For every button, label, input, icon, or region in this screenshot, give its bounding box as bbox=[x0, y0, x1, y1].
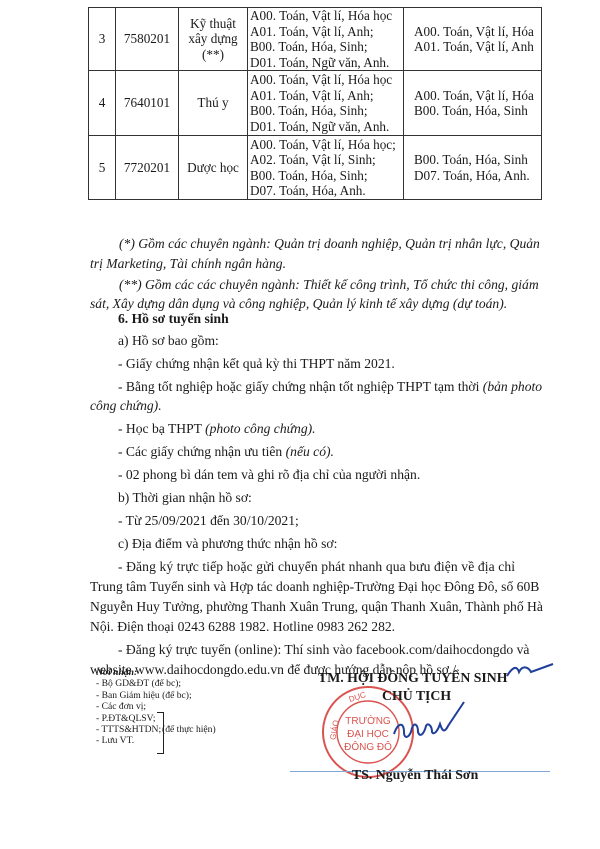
cell-stt: 3 bbox=[89, 8, 116, 71]
section-6a-label: a) Hồ sơ bao gồm: bbox=[118, 331, 219, 350]
svg-text:ĐÔNG ĐÔ: ĐÔNG ĐÔ bbox=[344, 740, 392, 753]
cell-subject-combos: A00. Toán, Vật lí, Hóa họcA01. Toán, Vật… bbox=[248, 71, 404, 136]
section-6c-item-1-line-2: Trung tâm Tuyển sinh và Hợp tác doanh ng… bbox=[90, 577, 539, 596]
table-row: 37580201Kỹ thuậtxây dựng(**)A00. Toán, V… bbox=[89, 8, 542, 71]
svg-text:TRƯỜNG: TRƯỜNG bbox=[345, 714, 391, 727]
section-6-heading: 6. Hồ sơ tuyển sinh bbox=[118, 309, 229, 328]
table-row: 57720201Dược họcA00. Toán, Vật lí, Hóa h… bbox=[89, 136, 542, 200]
recipient-item: - Các đơn vị; bbox=[96, 701, 192, 712]
section-6c-label: c) Địa điểm và phương thức nhận hồ sơ: bbox=[118, 534, 337, 553]
section-6a-item-2-cont: công chứng). bbox=[90, 396, 162, 415]
cell-major-code: 7640101 bbox=[116, 71, 179, 136]
cell-stt: 4 bbox=[89, 71, 116, 136]
cell-major-code: 7720201 bbox=[116, 136, 179, 200]
document-page: 37580201Kỹ thuậtxây dựng(**)A00. Toán, V… bbox=[0, 0, 600, 849]
recipient-item: - Lưu VT. bbox=[96, 735, 192, 746]
svg-text:ĐẠI HỌC: ĐẠI HỌC bbox=[347, 729, 389, 740]
section-6a-item-3: - Học bạ THPT (photo công chứng). bbox=[118, 419, 316, 438]
cell-main-subjects: B00. Toán, Hóa, SinhD07. Toán, Hóa, Anh. bbox=[404, 136, 542, 200]
signature-flourish-icon bbox=[505, 660, 555, 680]
section-6c-item-1-line-1: - Đăng ký trực tiếp hoặc gửi chuyển phát… bbox=[118, 557, 515, 576]
section-6c-item-2-line-1: - Đăng ký trực tuyến (online): Thí sinh … bbox=[118, 640, 529, 659]
section-6b-label: b) Thời gian nhận hồ sơ: bbox=[118, 488, 252, 507]
cell-main-subjects: A00. Toán, Vật lí, HóaA01. Toán, Vật lí,… bbox=[404, 8, 542, 71]
section-6b-item-1: - Từ 25/09/2021 đến 30/10/2021; bbox=[118, 511, 299, 530]
signer-name: TS. Nguyễn Thái Sơn bbox=[352, 767, 478, 783]
signature-title: TM. HỘI ĐỒNG TUYỂN SINH bbox=[318, 670, 507, 686]
section-6a-item-5: - 02 phong bì dán tem và ghi rõ địa chỉ … bbox=[118, 465, 420, 484]
recipients-heading: Nơi nhận: bbox=[96, 667, 192, 678]
svg-text:GIÁO: GIÁO bbox=[328, 719, 340, 740]
note-1-line-2: trị Marketing, Tài chính ngân hàng. bbox=[90, 254, 286, 273]
svg-text:DỤC: DỤC bbox=[348, 690, 367, 704]
section-6a-item-4: - Các giấy chứng nhận ưu tiên (nếu có). bbox=[118, 442, 334, 461]
recipient-item: - P.ĐT&QLSV; bbox=[96, 713, 192, 724]
cell-subject-combos: A00. Toán, Vật lí, Hóa học;A02. Toán, Vậ… bbox=[248, 136, 404, 200]
section-6a-item-1: - Giấy chứng nhận kết quả kỳ thi THPT nă… bbox=[118, 354, 395, 373]
table-row: 47640101Thú yA00. Toán, Vật lí, Hóa họcA… bbox=[89, 71, 542, 136]
cell-major-name: Kỹ thuậtxây dựng(**) bbox=[179, 8, 248, 71]
cell-major-name: Thú y bbox=[179, 71, 248, 136]
cell-major-code: 7580201 bbox=[116, 8, 179, 71]
cell-main-subjects: A00. Toán, Vật lí, HóaB00. Toán, Hóa, Si… bbox=[404, 71, 542, 136]
section-6c-item-1-line-4: Nội. Điện thoại 0243 6288 1982. Hotline … bbox=[90, 617, 395, 636]
section-6c-item-1-line-3: Nguyễn Huy Tưởng, phường Thanh Xuân Trun… bbox=[90, 597, 543, 616]
cell-subject-combos: A00. Toán, Vật lí, Hóa họcA01. Toán, Vật… bbox=[248, 8, 404, 71]
bracket-label: (để thực hiện) bbox=[162, 724, 216, 735]
handwritten-signature-icon bbox=[390, 700, 470, 750]
note-2-line-1: (**) Gồm các các chuyên ngành: Thiết kế … bbox=[119, 275, 539, 294]
cell-stt: 5 bbox=[89, 136, 116, 200]
section-6a-item-2: - Bằng tốt nghiệp hoặc giấy chứng nhận t… bbox=[118, 377, 542, 396]
recipient-item: - Bộ GD&ĐT (để bc); bbox=[96, 678, 192, 689]
recipient-item: - Ban Giám hiệu (để bc); bbox=[96, 690, 192, 701]
cell-major-name: Dược học bbox=[179, 136, 248, 200]
admission-table: 37580201Kỹ thuậtxây dựng(**)A00. Toán, V… bbox=[88, 7, 542, 200]
note-1-line-1: (*) Gồm các chuyên ngành: Quản trị doanh… bbox=[119, 234, 540, 253]
